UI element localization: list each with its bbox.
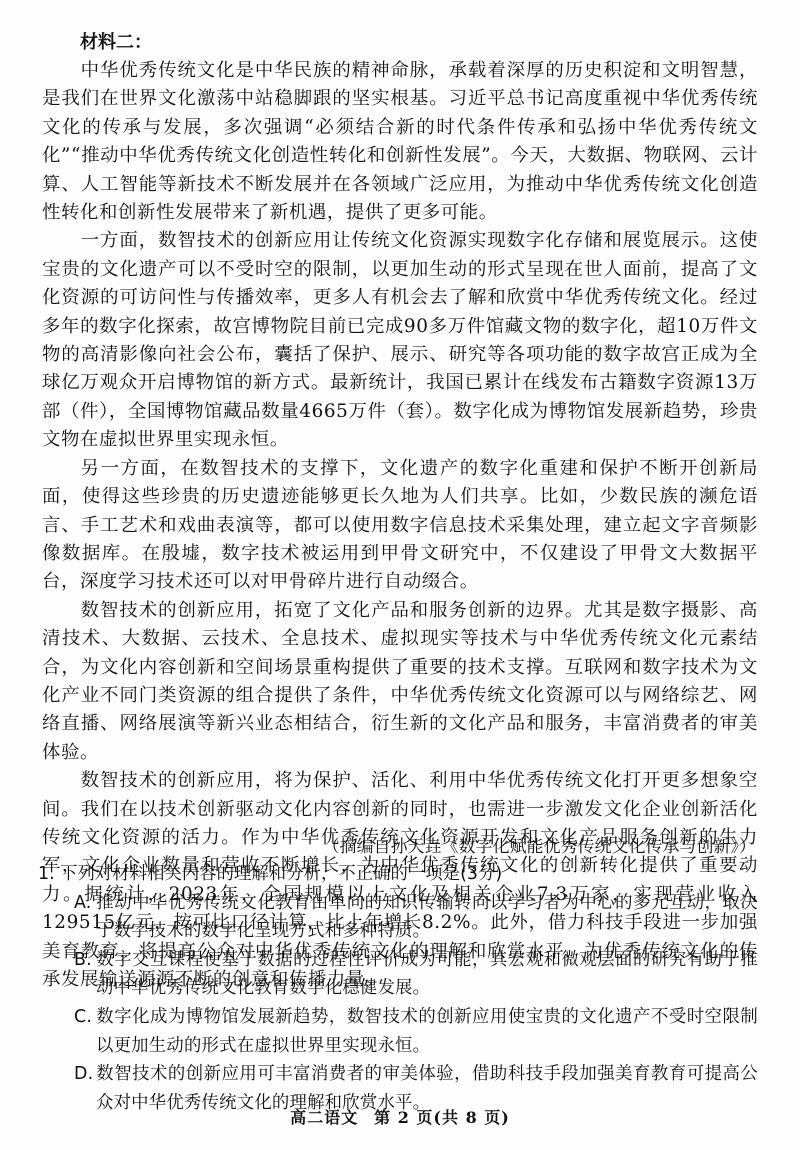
page-footer: 高二语文第 2 页(共 8 页) [0, 1106, 800, 1130]
footer-page-number: 第 2 页(共 8 页) [374, 1108, 510, 1127]
question-stem: 1. 下列对材料相关内容的理解和分析，不正确的一项是(3分) [38, 860, 758, 889]
question-1: 1. 下列对材料相关内容的理解和分析，不正确的一项是(3分) A.推动中华优秀传… [38, 860, 758, 1117]
option-c: C.数字化成为博物馆发展新趋势，数智技术的创新应用使宝贵的文化遗产不受时空限制以… [38, 1003, 758, 1060]
footer-subject: 高二语文 [290, 1108, 358, 1127]
paragraph: 中华优秀传统文化是中华民族的精神命脉，承载着深厚的历史积淀和文明智慧，是我们在世… [42, 57, 758, 227]
option-text: 推动中华优秀传统文化教育由单向的知识传输转向以学习者为中心的多元互动，取决于数字… [96, 893, 758, 942]
option-letter: D. [74, 1060, 96, 1089]
paragraph: 一方面，数智技术的创新应用让传统文化资源实现数字化存储和展览展示。这使宝贵的文化… [42, 227, 758, 454]
option-letter: C. [74, 1003, 96, 1032]
material-heading: 材料二： [80, 29, 152, 57]
source-citation: （摘编自孙天垚《数字化赋能优秀传统文化传承与创新》） [323, 833, 757, 861]
paragraph: 另一方面，在数智技术的支撑下，文化遗产的数字化重建和保护不断开创新局面，使得这些… [42, 455, 758, 597]
option-b: B.数字交互课程使基于数据的过程性评价成为可能，其宏观和微观层面的研究有助于推动… [38, 946, 758, 1003]
option-letter: A. [74, 889, 96, 918]
option-letter: B. [74, 946, 96, 975]
option-a: A.推动中华优秀传统文化教育由单向的知识传输转向以学习者为中心的多元互动，取决于… [38, 889, 758, 946]
exam-page: 材料二： 中华优秀传统文化是中华民族的精神命脉，承载着深厚的历史积淀和文明智慧，… [0, 0, 800, 1150]
option-text: 数字化成为博物馆发展新趋势，数智技术的创新应用使宝贵的文化遗产不受时空限制以更加… [96, 1007, 758, 1056]
paragraph: 数智技术的创新应用，拓宽了文化产品和服务创新的边界。尤其是数字摄影、高清技术、大… [42, 597, 758, 767]
option-text: 数字交互课程使基于数据的过程性评价成为可能，其宏观和微观层面的研究有助于推动中华… [96, 950, 758, 999]
